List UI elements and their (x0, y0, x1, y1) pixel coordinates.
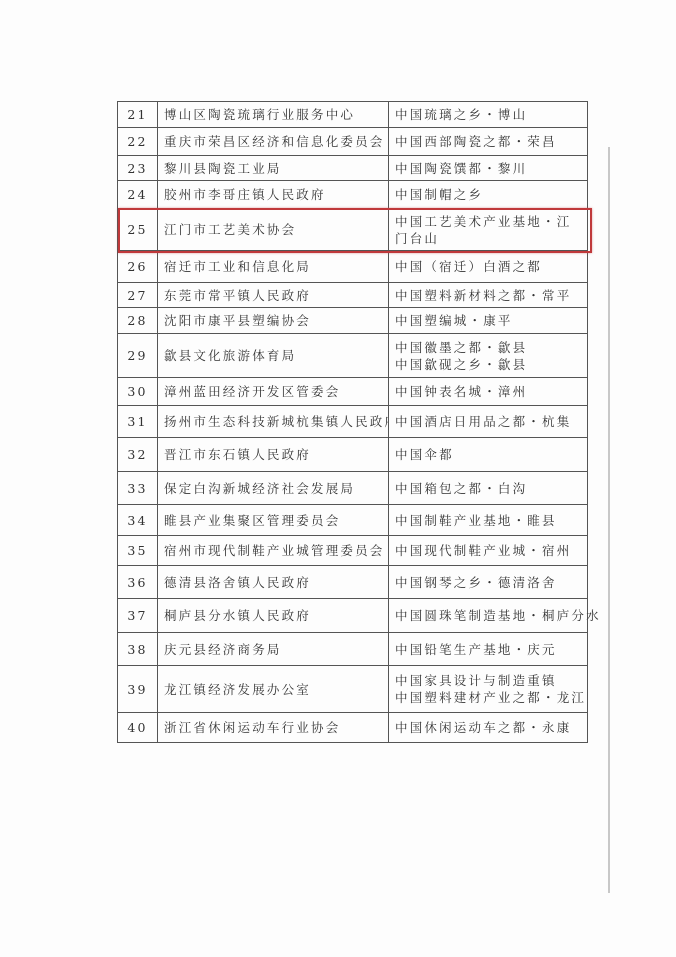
honorary-title: 中国铅笔生产基地・庆元 (389, 633, 588, 666)
row-number: 27 (118, 283, 158, 308)
row-number: 21 (118, 102, 158, 128)
organization-name: 德清县洛舍镇人民政府 (158, 566, 389, 599)
title-line: 中国歙砚之乡・歙县 (395, 356, 585, 373)
row-number: 35 (118, 536, 158, 566)
organization-name: 歙县文化旅游体育局 (158, 334, 389, 378)
organization-name: 睢县产业集聚区管理委员会 (158, 505, 389, 536)
honorary-title: 中国休闲运动车之都・永康 (389, 713, 588, 743)
table-row: 21博山区陶瓷琉璃行业服务中心中国琉璃之乡・博山 (118, 102, 588, 128)
row-number: 23 (118, 156, 158, 181)
table-row: 40浙江省休闲运动车行业协会中国休闲运动车之都・永康 (118, 713, 588, 743)
organization-name: 宿州市现代制鞋产业城管理委员会 (158, 536, 389, 566)
title-line: 中国钟表名城・漳州 (395, 383, 585, 400)
organization-name: 胶州市李哥庄镇人民政府 (158, 181, 389, 209)
title-line: 中国现代制鞋产业城・宿州 (395, 542, 585, 559)
row-number: 40 (118, 713, 158, 743)
title-line: 中国塑料新材料之都・常平 (395, 287, 585, 304)
honorary-title: 中国制帽之乡 (389, 181, 588, 209)
honorary-title: 中国琉璃之乡・博山 (389, 102, 588, 128)
organization-name: 龙江镇经济发展办公室 (158, 666, 389, 713)
organization-name: 宿迁市工业和信息化局 (158, 251, 389, 283)
table-row: 23黎川县陶瓷工业局中国陶瓷馔都・黎川 (118, 156, 588, 181)
organization-name: 浙江省休闲运动车行业协会 (158, 713, 389, 743)
organization-name: 博山区陶瓷琉璃行业服务中心 (158, 102, 389, 128)
honorary-title: 中国塑料新材料之都・常平 (389, 283, 588, 308)
table-row: 37桐庐县分水镇人民政府中国圆珠笔制造基地・桐庐分水 (118, 599, 588, 633)
table-row: 27东莞市常平镇人民政府中国塑料新材料之都・常平 (118, 283, 588, 308)
row-number: 28 (118, 308, 158, 334)
honorary-title: 中国（宿迁）白酒之都 (389, 251, 588, 283)
row-number: 33 (118, 472, 158, 505)
row-number: 24 (118, 181, 158, 209)
organization-name: 漳州蓝田经济开发区管委会 (158, 378, 389, 406)
title-line: 中国工艺美术产业基地・江门台山 (395, 213, 585, 247)
honorary-title: 中国陶瓷馔都・黎川 (389, 156, 588, 181)
honorary-title: 中国现代制鞋产业城・宿州 (389, 536, 588, 566)
title-line: 中国铅笔生产基地・庆元 (395, 641, 585, 658)
title-line: 中国制鞋产业基地・睢县 (395, 512, 585, 529)
table-row: 33保定白沟新城经济社会发展局中国箱包之都・白沟 (118, 472, 588, 505)
honorary-title: 中国徽墨之都・歙县中国歙砚之乡・歙县 (389, 334, 588, 378)
table-row: 29歙县文化旅游体育局中国徽墨之都・歙县中国歙砚之乡・歙县 (118, 334, 588, 378)
title-line: 中国西部陶瓷之都・荣昌 (395, 133, 585, 150)
honorary-title: 中国钢琴之乡・德清洛舍 (389, 566, 588, 599)
table-row: 39龙江镇经济发展办公室中国家具设计与制造重镇中国塑料建材产业之都・龙江 (118, 666, 588, 713)
title-line: 中国（宿迁）白酒之都 (395, 258, 585, 275)
title-line: 中国制帽之乡 (395, 186, 585, 203)
table-row: 22重庆市荣昌区经济和信息化委员会中国西部陶瓷之都・荣昌 (118, 128, 588, 156)
table-body: 21博山区陶瓷琉璃行业服务中心中国琉璃之乡・博山 22重庆市荣昌区经济和信息化委… (118, 102, 588, 743)
title-line: 中国酒店日用品之都・杭集 (395, 413, 585, 430)
organization-name: 扬州市生态科技新城杭集镇人民政府 (158, 406, 389, 438)
honorary-title: 中国酒店日用品之都・杭集 (389, 406, 588, 438)
organization-name: 晋江市东石镇人民政府 (158, 438, 389, 472)
table-row: 38庆元县经济商务局中国铅笔生产基地・庆元 (118, 633, 588, 666)
table-row: 34睢县产业集聚区管理委员会中国制鞋产业基地・睢县 (118, 505, 588, 536)
title-line: 中国塑编城・康平 (395, 312, 585, 329)
table-row: 24胶州市李哥庄镇人民政府中国制帽之乡 (118, 181, 588, 209)
title-line: 中国圆珠笔制造基地・桐庐分水 (395, 607, 585, 624)
row-number: 22 (118, 128, 158, 156)
honorary-title: 中国箱包之都・白沟 (389, 472, 588, 505)
organization-name: 桐庐县分水镇人民政府 (158, 599, 389, 633)
honorary-title: 中国伞都 (389, 438, 588, 472)
table-row: 28沈阳市康平县塑编协会中国塑编城・康平 (118, 308, 588, 334)
organization-name: 重庆市荣昌区经济和信息化委员会 (158, 128, 389, 156)
title-line: 中国塑料建材产业之都・龙江 (395, 689, 585, 706)
title-line: 中国陶瓷馔都・黎川 (395, 160, 585, 177)
title-line: 中国徽墨之都・歙县 (395, 339, 585, 356)
organization-name: 庆元县经济商务局 (158, 633, 389, 666)
row-number: 32 (118, 438, 158, 472)
organization-name: 江门市工艺美术协会 (158, 209, 389, 251)
row-number: 31 (118, 406, 158, 438)
title-line: 中国休闲运动车之都・永康 (395, 719, 585, 736)
row-number: 37 (118, 599, 158, 633)
honorary-title: 中国圆珠笔制造基地・桐庐分水 (389, 599, 588, 633)
honorary-title: 中国制鞋产业基地・睢县 (389, 505, 588, 536)
row-number: 29 (118, 334, 158, 378)
title-line: 中国钢琴之乡・德清洛舍 (395, 574, 585, 591)
organization-name: 沈阳市康平县塑编协会 (158, 308, 389, 334)
row-number: 38 (118, 633, 158, 666)
title-line: 中国琉璃之乡・博山 (395, 106, 585, 123)
row-number: 36 (118, 566, 158, 599)
table-row: 35宿州市现代制鞋产业城管理委员会中国现代制鞋产业城・宿州 (118, 536, 588, 566)
title-line: 中国家具设计与制造重镇 (395, 672, 585, 689)
table-row: 26宿迁市工业和信息化局中国（宿迁）白酒之都 (118, 251, 588, 283)
designation-table: 21博山区陶瓷琉璃行业服务中心中国琉璃之乡・博山 22重庆市荣昌区经济和信息化委… (117, 101, 588, 743)
table-row: 32晋江市东石镇人民政府中国伞都 (118, 438, 588, 472)
organization-name: 东莞市常平镇人民政府 (158, 283, 389, 308)
scanned-document-page: 21博山区陶瓷琉璃行业服务中心中国琉璃之乡・博山 22重庆市荣昌区经济和信息化委… (0, 0, 676, 957)
honorary-title: 中国家具设计与制造重镇中国塑料建材产业之都・龙江 (389, 666, 588, 713)
honorary-title: 中国塑编城・康平 (389, 308, 588, 334)
row-number: 34 (118, 505, 158, 536)
honorary-title: 中国工艺美术产业基地・江门台山 (389, 209, 588, 251)
title-line: 中国伞都 (395, 446, 585, 463)
title-line: 中国箱包之都・白沟 (395, 480, 585, 497)
honorary-title: 中国西部陶瓷之都・荣昌 (389, 128, 588, 156)
table-row: 31扬州市生态科技新城杭集镇人民政府中国酒店日用品之都・杭集 (118, 406, 588, 438)
row-number: 25 (118, 209, 158, 251)
row-number: 30 (118, 378, 158, 406)
scan-edge-line (608, 147, 610, 893)
table-row-highlighted: 25江门市工艺美术协会中国工艺美术产业基地・江门台山 (118, 209, 588, 251)
table-row: 30漳州蓝田经济开发区管委会中国钟表名城・漳州 (118, 378, 588, 406)
table-row: 36德清县洛舍镇人民政府中国钢琴之乡・德清洛舍 (118, 566, 588, 599)
organization-name: 黎川县陶瓷工业局 (158, 156, 389, 181)
row-number: 39 (118, 666, 158, 713)
honorary-title: 中国钟表名城・漳州 (389, 378, 588, 406)
organization-name: 保定白沟新城经济社会发展局 (158, 472, 389, 505)
row-number: 26 (118, 251, 158, 283)
